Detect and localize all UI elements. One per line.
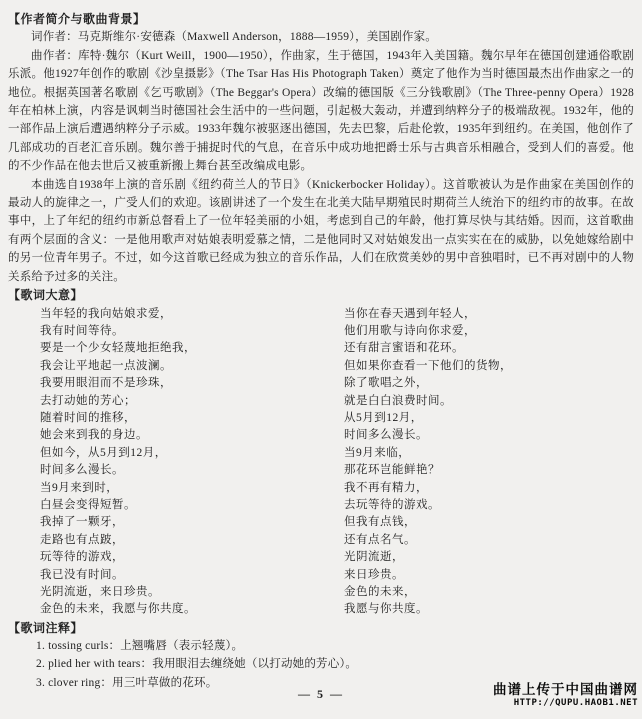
document-page: 【作者简介与歌曲背景】 词作者：马克斯维尔·安德森（Maxwell Anders…	[0, 0, 642, 719]
lyric-line: 从5月到12月，	[344, 410, 634, 427]
paragraph-song-origin: 本曲选自1938年上演的音乐剧《纽约荷兰人的节日》（Knickerbocker …	[8, 176, 634, 286]
watermark: 曲谱上传于中国曲谱网 HTTP://QUPU.HAOB1.NET	[493, 683, 638, 709]
lyric-line: 当年轻的我向姑娘求爱，	[40, 306, 320, 323]
lyric-line: 光阴流逝，	[344, 549, 634, 566]
lyrics-left-column: 当年轻的我向姑娘求爱， 我有时间等待。 要是一个少女轻蔑地拒绝我， 我会让平地起…	[8, 306, 320, 619]
lyric-line: 我有时间等待。	[40, 323, 320, 340]
lyric-line: 我不再有精力，	[344, 480, 634, 497]
lyrics-right-column: 当你在春天遇到年轻人， 他们用歌与诗向你求爱， 还有甜言蜜语和花环。 但如果你查…	[320, 306, 634, 619]
paragraph-composer: 曲作者：库特·魏尔（Kurt Weill，1900—1950），作曲家，生于德国…	[8, 47, 634, 176]
lyric-line: 玩等待的游戏，	[40, 549, 320, 566]
lyric-line: 她会来到我的身边。	[40, 427, 320, 444]
lyric-line: 还有甜言蜜语和花环。	[344, 340, 634, 357]
watermark-url: HTTP://QUPU.HAOB1.NET	[493, 698, 638, 709]
lyric-line: 白昼会变得短暂。	[40, 497, 320, 514]
lyric-line: 我要用眼泪而不是珍珠，	[40, 375, 320, 392]
lyric-line: 要是一个少女轻蔑地拒绝我，	[40, 340, 320, 357]
section-title-notes: 【歌词注释】	[8, 619, 634, 637]
lyric-line: 当9月来到时，	[40, 480, 320, 497]
lyric-line: 时间多么漫长。	[344, 427, 634, 444]
lyric-line: 还有点名气。	[344, 532, 634, 549]
lyric-line: 去玩等待的游戏。	[344, 497, 634, 514]
section-title-background: 【作者简介与歌曲背景】	[8, 10, 634, 28]
lyric-line: 但我有点钱，	[344, 514, 634, 531]
lyric-line: 走路也有点跛，	[40, 532, 320, 549]
paragraph-lyricist: 词作者：马克斯维尔·安德森（Maxwell Anderson，1888—1959…	[8, 28, 634, 46]
lyric-line: 光阴流逝，来日珍贵。	[40, 584, 320, 601]
lyric-line: 金色的未来，	[344, 584, 634, 601]
lyric-line: 来日珍贵。	[344, 567, 634, 584]
lyrics-columns: 当年轻的我向姑娘求爱， 我有时间等待。 要是一个少女轻蔑地拒绝我， 我会让平地起…	[8, 306, 634, 619]
lyric-line: 我会让平地起一点波澜。	[40, 358, 320, 375]
lyric-line: 我愿与你共度。	[344, 601, 634, 618]
lyric-line: 那花环岂能鲜艳？	[344, 462, 634, 479]
note-item: 1. tossing curls：上翘嘴唇（表示轻蔑）。	[36, 637, 634, 655]
lyric-line: 但如今，从5月到12月，	[40, 445, 320, 462]
lyric-line: 他们用歌与诗向你求爱，	[344, 323, 634, 340]
note-item: 2. plied her with tears：我用眼泪去缠绕她（以打动她的芳心…	[36, 655, 634, 673]
lyric-line: 就是白白浪费时间。	[344, 393, 634, 410]
lyric-line: 当9月来临，	[344, 445, 634, 462]
lyric-line: 但如果你查看一下他们的货物，	[344, 358, 634, 375]
page-footer: — 5 — 曲谱上传于中国曲谱网 HTTP://QUPU.HAOB1.NET	[0, 683, 642, 713]
section-title-lyrics: 【歌词大意】	[8, 286, 634, 304]
lyric-line: 我掉了一颗牙，	[40, 514, 320, 531]
lyric-line: 金色的未来，我愿与你共度。	[40, 601, 320, 618]
lyric-line: 除了歌唱之外，	[344, 375, 634, 392]
lyric-line: 我已没有时间。	[40, 567, 320, 584]
watermark-site-name: 曲谱上传于中国曲谱网	[493, 683, 638, 698]
lyric-line: 时间多么漫长。	[40, 462, 320, 479]
lyric-line: 去打动她的芳心；	[40, 393, 320, 410]
lyric-line: 随着时间的推移，	[40, 410, 320, 427]
lyric-line: 当你在春天遇到年轻人，	[344, 306, 634, 323]
